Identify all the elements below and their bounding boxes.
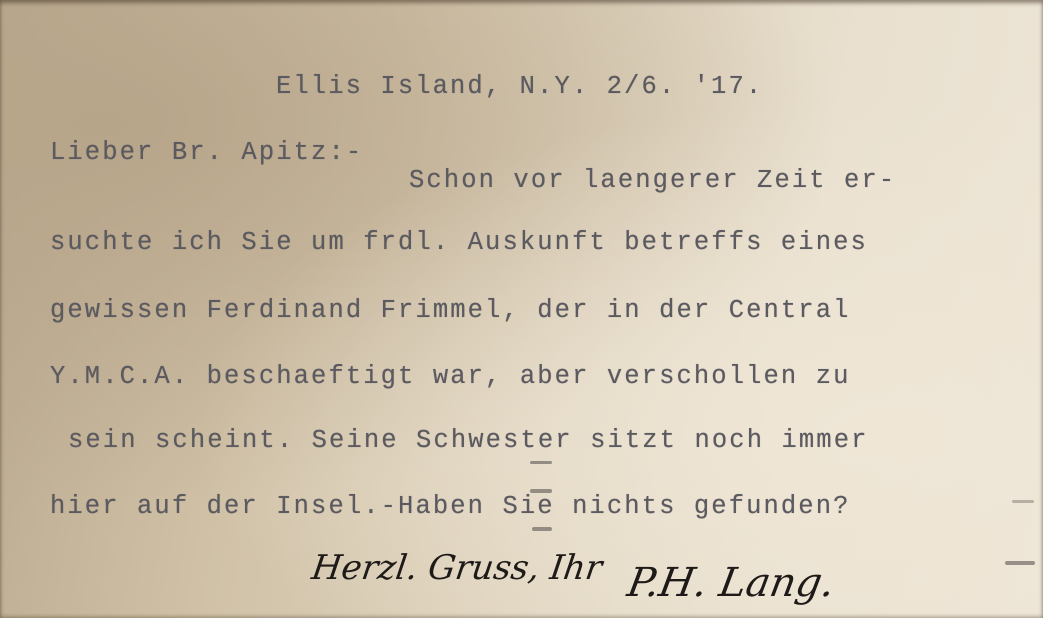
signature-name: P.H. Lang. <box>624 560 838 606</box>
salutation: Lieber Br. Apitz:- <box>50 138 363 167</box>
ink-smudge <box>530 489 552 493</box>
dateline: Ellis Island, N.Y. 2/6. '17. <box>276 72 763 101</box>
postcard: Ellis Island, N.Y. 2/6. '17. Lieber Br. … <box>0 0 1043 618</box>
body-line-6: hier auf der Insel.-Haben Sie nichts gef… <box>50 492 851 521</box>
ink-smudge <box>532 527 552 531</box>
body-line-3: gewissen Ferdinand Frimmel, der in der C… <box>50 296 851 325</box>
body-line-1: Schon vor laengerer Zeit er- <box>409 166 896 195</box>
body-line-4: Y.M.C.A. beschaeftigt war, aber verschol… <box>50 362 851 391</box>
signature-closing: Herzl. Gruss, Ihr <box>309 548 604 588</box>
body-line-2: suchte ich Sie um frdl. Auskunft betreff… <box>50 228 868 257</box>
body-line-5: sein scheint. Seine Schwester sitzt noch… <box>68 426 869 455</box>
ink-smudge <box>530 461 552 464</box>
ink-smudge <box>1005 561 1035 565</box>
ink-smudge <box>1012 500 1034 503</box>
